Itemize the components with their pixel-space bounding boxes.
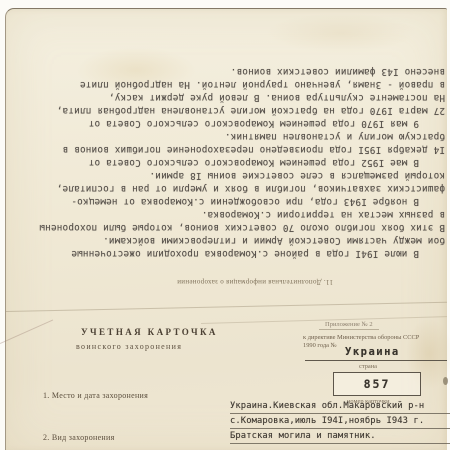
paper-stain	[266, 13, 416, 53]
burial-place-line-2: с.Комаровка,июль I94I,ноябрь I943 г.	[230, 416, 450, 429]
fold-crease-line	[6, 302, 447, 312]
annex-reference-line: Приложение № 2	[319, 321, 379, 330]
country-field-label: страна	[359, 363, 377, 370]
card-subtitle: воинского захоронения	[76, 342, 182, 351]
field-place-and-date-label: 1. Место и дата захоронения	[43, 391, 148, 400]
burial-registration-card: 11. Дополнительная информация о захороне…	[5, 8, 447, 450]
field-burial-type-label: 2. Вид захоронения	[43, 433, 115, 442]
typed-line: I4 декабря I95I года произведено перезах…	[17, 143, 445, 156]
reverse-side-upside-down-text: 11. Дополнительная информация о захороне…	[17, 65, 445, 286]
typed-line: в правой - Знамя, увенчано траурной лент…	[17, 78, 445, 91]
burial-place-line-1: Украина.Киевская обл.Макаровский р-н	[230, 401, 450, 414]
country-value: Украина	[345, 346, 400, 358]
typed-line: 27 марта I970 года на братской могиле ус…	[17, 104, 445, 117]
card-title: УЧЕТНАЯ КАРТОЧКА	[81, 327, 218, 337]
typed-line: В июле I94I года в районе с.Комаровка пр…	[17, 247, 445, 260]
country-underline	[305, 360, 447, 361]
typed-line: братскую могилу и установлен памятник.	[17, 130, 445, 143]
burial-type-value: Братская могила и памятник.	[230, 431, 450, 444]
directive-year-line: 1990 года №	[303, 342, 337, 349]
typed-line: 9 мая I970 года решением Комаровского се…	[17, 117, 445, 130]
ink-speck	[443, 377, 448, 385]
typed-line: внесено I43 фамилии советских воинов.	[17, 65, 445, 78]
section-11-label: 11. Дополнительная информация о захороне…	[17, 278, 333, 286]
card-number-value: 857	[364, 377, 391, 391]
typed-line: В этих боях погибло около 70 советских в…	[17, 221, 445, 234]
typed-line: фашистских захватчиков, погибли в боях и…	[17, 182, 445, 195]
typed-line: В мае I952 года решением Комаровского се…	[17, 156, 445, 169]
scanned-document: 11. Дополнительная информация о захороне…	[0, 0, 450, 450]
typed-line: На постаменте скульптура воина. В левой …	[17, 91, 445, 104]
directive-reference-line: к директиве Министерства обороны СССР	[303, 334, 419, 341]
card-number-box: 857	[333, 372, 421, 396]
corner-crease-line	[0, 319, 53, 344]
typed-line: который размещался в селе советские воин…	[17, 169, 445, 182]
typed-line: бои между частями Советской Армии и гитл…	[17, 234, 445, 247]
typed-line: в разных местах на территории с.Комаровк…	[17, 208, 445, 221]
typed-line: В ноябре I943 года, при освобождении с.К…	[17, 195, 445, 208]
